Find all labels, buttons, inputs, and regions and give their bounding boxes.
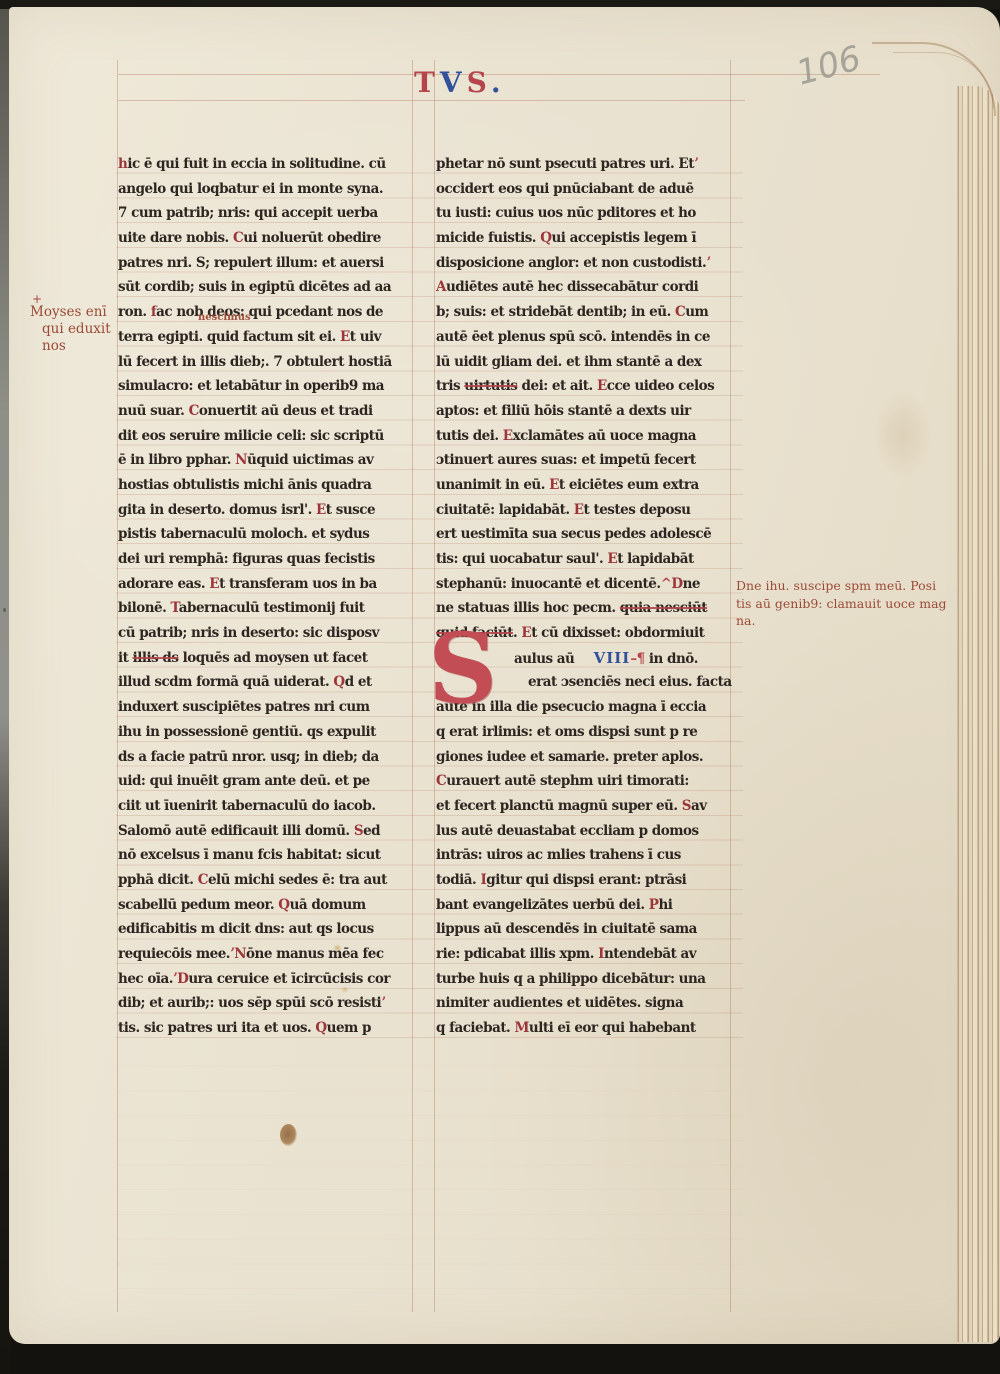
text-line: ē in libro pphar. Nūquid uictimas av <box>118 448 417 473</box>
text-line: unanimit in eū. Et eiciētes eum extra <box>436 473 735 498</box>
text-line: terra egipti. quid factum sit ei. Et uiv <box>118 325 417 350</box>
margin-note-left-line: nos <box>42 338 111 355</box>
text-line: rie: pdicabat illis xpm. Intendebāt av <box>436 942 735 967</box>
margin-note-right: Dne ihu. suscipe spm meū. Posi tis aū ge… <box>736 577 978 630</box>
text-line: nuū suar. Conuertit aū deus et tradi <box>118 399 417 424</box>
text-line: tis: qui uocabatur saul'. Et lapidabāt <box>436 547 735 572</box>
text-line: occidert eos qui pnūciabant de aduē <box>436 177 735 202</box>
text-line: lippus aū descendēs in ciuitatē sama <box>436 917 735 942</box>
text-line: tis. sic patres uri ita et uos. Quem p <box>118 1016 417 1041</box>
text-line: simulacro: et letabātur in operib9 ma <box>118 374 417 399</box>
text-line: stephanū: inuocantē et dicentē.^Dne <box>436 572 735 597</box>
text-line: aptos: et filiū hōis stantē a dexts uir <box>436 399 735 424</box>
text-line: phetar nō sunt psecuti patres uri. Etʼ <box>436 152 735 177</box>
text-line: hostias obtulistis michi ānis quadra <box>118 473 417 498</box>
text-line: nimiter audientes et uidētes. signa <box>436 991 735 1016</box>
text-line: dib; et aurib;: uos sēp spūi scō resisti… <box>118 991 417 1016</box>
text-line: intrās: uiros ac mlies trahens ī cus <box>436 843 735 868</box>
column-left-lines: hic ē qui fuit in eccia in solitudine. c… <box>118 152 417 1041</box>
parchment-discoloration <box>873 390 933 480</box>
text-line: Salomō autē edificauit illi domū. Sed <box>118 819 417 844</box>
manuscript-photo: TVS. 106 hic ē qui fuit in eccia in soli… <box>0 0 1000 1374</box>
text-line: tutis dei. Exclamātes aū uoce magna <box>436 424 735 449</box>
text-line: ciuitatē: lapidabāt. Et testes deposu <box>436 498 735 523</box>
text-line: ɔtinuert aures suas: et impetū fecert <box>436 448 735 473</box>
margin-note-left-line: Moyses enī <box>30 304 111 321</box>
text-ruling-faint <box>116 1042 743 1310</box>
text-line: autē ēet plenus spū scō. intendēs in ce <box>436 325 735 350</box>
text-line: uite dare nobis. Cui noluerūt obedire <box>118 226 417 251</box>
text-line: 7 cum patrib; nris: qui accepit uerba <box>118 201 417 226</box>
text-line: pphā dicit. Celū michi sedes ē: tra aut <box>118 868 417 893</box>
text-line: ihu in possessionē gentiū. qs expulit <box>118 720 417 745</box>
column-right-lines: phetar nō sunt psecuti patres uri. Etʼoc… <box>436 152 735 1041</box>
text-line: illud scdm formā quā uiderat. Qd et <box>118 670 417 695</box>
text-line: lū fecert in illis dieb;. 7 obtulert hos… <box>118 350 417 375</box>
margin-note-left-line: qui eduxit <box>42 321 111 338</box>
text-line: lū uidit gliam dei. et ihm stantē a dex <box>436 350 735 375</box>
text-line: lus autē deuastabat eccliam p domos <box>436 819 735 844</box>
text-line: uid: qui inuēit gram ante deū. et pe <box>118 769 417 794</box>
running-title-letter: V <box>440 66 467 99</box>
parchment-stain <box>280 1124 297 1146</box>
text-line: todiā. Igitur qui dispsi erant: ptrāsi <box>436 868 735 893</box>
margin-note-left: + Moyses enī qui eduxit nos <box>30 294 111 355</box>
running-title: TVS. <box>414 66 506 100</box>
text-line: Curauert autē stephm uiri timorati: <box>436 769 735 794</box>
text-line: ds a facie patrū nror. usq; in dieb; da <box>118 745 417 770</box>
text-line: edificabitis m dicit dns: aut qs locus <box>118 917 417 942</box>
text-line: pistis tabernaculū moloch. et sydus <box>118 522 417 547</box>
text-line: ron. fac nob deos: qui pcedant nos de <box>118 300 417 325</box>
running-title-letter: . <box>491 66 506 99</box>
text-column-left: hic ē qui fuit in eccia in solitudine. c… <box>118 152 417 1045</box>
text-line: requiecōis mee.ʼNōne manus mēa fec <box>118 942 417 967</box>
running-title-letter: T <box>414 66 440 99</box>
text-line: b; suis: et stridebāt dentib; in eū. Cum <box>436 300 735 325</box>
running-title-letter: S <box>467 66 491 99</box>
text-line: bant evangelizātes uerbū dei. Phi <box>436 893 735 918</box>
text-line: Audiētes autē hec dissecabātur cordi <box>436 275 735 300</box>
stacked-page-edges <box>957 86 1000 1342</box>
drop-cap-initial: S <box>428 630 497 709</box>
text-line: hic ē qui fuit in eccia in solitudine. c… <box>118 152 417 177</box>
text-line: ert uestimīta sua secus pedes adolescē <box>436 522 735 547</box>
text-line: tu iusti: cuius uos nūc pditores et ho <box>436 201 735 226</box>
text-line: cū patrib; nris in deserto: sic disposv <box>118 621 417 646</box>
text-line: adorare eas. Et transferam uos in ba <box>118 572 417 597</box>
text-line: dit eos seruire milicie celi: sic script… <box>118 424 417 449</box>
text-line: scabellū pedum meor. Quā domum <box>118 893 417 918</box>
parchment-stain <box>341 986 349 993</box>
text-line: induxert suscipiētes patres nri cum <box>118 695 417 720</box>
parchment-stain <box>333 944 342 952</box>
text-line: giones iudee et samarie. preter aplos. <box>436 745 735 770</box>
text-line: micide fuistis. Qui accepistis legem ī <box>436 226 735 251</box>
interlinear-note: nescimus <box>198 312 251 323</box>
text-line: disposicione anglor: et non custodisti.ʼ <box>436 251 735 276</box>
text-line: turbe huis q a philippo dicebātur: una <box>436 967 735 992</box>
text-line: angelo qui loqbatur ei in monte syna. <box>118 177 417 202</box>
text-line: q faciebat. Multi eī eor qui habebant <box>436 1016 735 1041</box>
text-line: tris uirtutis dei: et ait. Ecce uideo ce… <box>436 374 735 399</box>
text-line: bilonē. Tabernaculū testimonij fuit <box>118 596 417 621</box>
margin-note-right-line: na. <box>736 612 978 630</box>
text-line: et fecert planctū magnū super eū. Sav <box>436 794 735 819</box>
text-column-right: phetar nō sunt psecuti patres uri. Etʼoc… <box>436 152 735 1045</box>
text-line: dei uri remphā: figuras quas fecistis <box>118 547 417 572</box>
text-line: sūt cordib; suis in egiptū dicētes ad aa <box>118 275 417 300</box>
ruling-line-header <box>118 100 745 101</box>
text-line: hec oīa.ʼDura ceruice et īcircūcisis cor <box>118 967 417 992</box>
insertion-cross-icon: + <box>32 294 111 304</box>
margin-note-right-line: tis aū genib9: clamauit uoce mag <box>736 595 978 613</box>
margin-note-right-line: Dne ihu. suscipe spm meū. Posi <box>736 577 978 595</box>
text-line: it illis ds loquēs ad moysen ut facet <box>118 646 417 671</box>
text-line: ciit ut īuenirit tabernaculū do iacob. <box>118 794 417 819</box>
text-line: patres nri. S; repulert illum: et auersi <box>118 251 417 276</box>
text-line: nō excelsus ī manu fcis habitat: sicut <box>118 843 417 868</box>
text-line: gita in deserto. domus isrl'. Et susce <box>118 498 417 523</box>
ink-speck <box>3 608 6 612</box>
